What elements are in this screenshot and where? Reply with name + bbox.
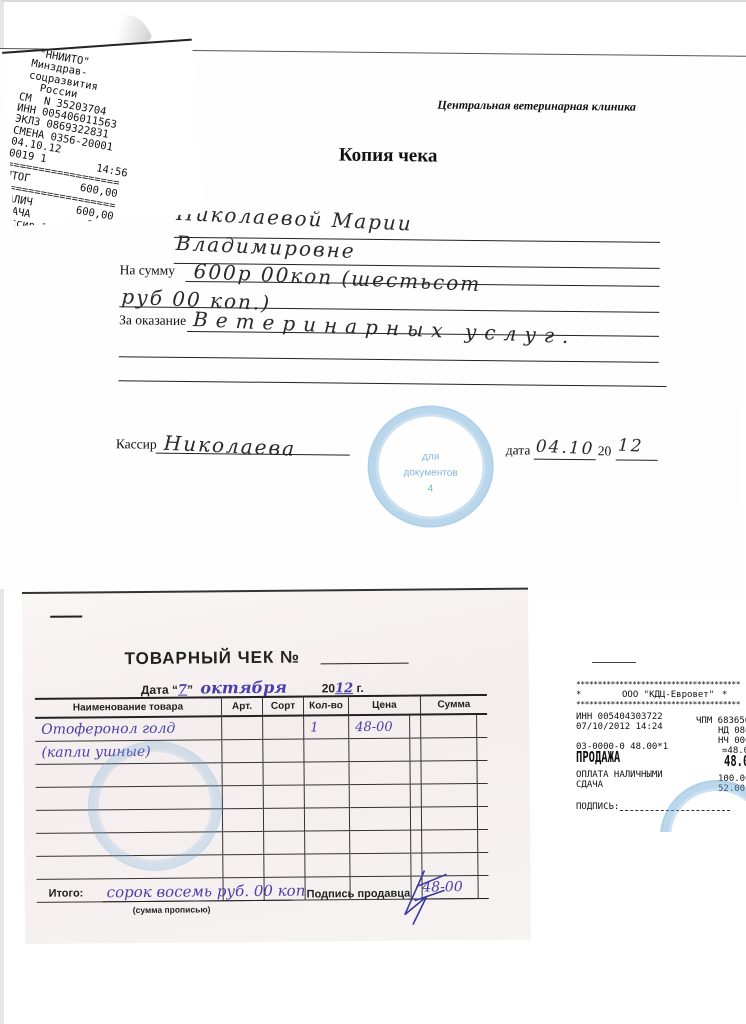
table-cell [223, 854, 264, 877]
table-cell [305, 831, 350, 854]
copy-check-title: Копия чека [339, 145, 438, 168]
goods-date-label: Дата [141, 683, 169, 697]
receipt-nch: НЧ 0002 [718, 736, 746, 747]
table-cell [222, 716, 263, 740]
quote-close: ” [187, 683, 193, 697]
table-cell: Отоферонол голд [35, 716, 222, 741]
thermal-receipt-nniito: "ННИИТО" Минздрав- соцразвития РоссииСМ … [2, 39, 204, 227]
table-cell [304, 762, 349, 785]
goods-check: ТОВАРНЫЙ ЧЕК № Дата “7” октября 2012 г. … [22, 588, 531, 944]
service-value: Ветеринарных услуг. [193, 307, 577, 348]
table-cell [409, 715, 420, 739]
table-cell [410, 738, 421, 761]
table-cell [410, 830, 421, 853]
table-cell [263, 739, 304, 762]
receipt-cpm: ЧПМ 683656 [696, 716, 746, 727]
table-cell [350, 830, 411, 854]
table-cell [263, 762, 304, 785]
year-line [616, 459, 658, 460]
table-cell [421, 784, 477, 807]
service-label: За оказание [119, 312, 186, 329]
amount-label: На сумму [120, 262, 176, 279]
table-cell [421, 761, 477, 784]
goods-year-suffix: 12 [335, 681, 353, 696]
payer-name-line1: Николаевой Марии [176, 201, 414, 236]
goods-year-prefix: 20 [322, 681, 335, 695]
faded-stamp [87, 740, 222, 871]
receipt-sale-total: 48.00 [724, 756, 746, 767]
table-cell [263, 808, 304, 831]
round-stamp-documents: для документов 4 [367, 405, 494, 528]
receipt-company: ООО "КДЦ-Евровет" [622, 690, 714, 701]
col-art: Арт. [221, 697, 262, 716]
receipt-dash [592, 662, 636, 663]
table-cell [222, 808, 263, 831]
cashier-name: Николаева [163, 431, 296, 461]
receipt-change-label: СДАЧА [576, 780, 603, 791]
service-line-3 [119, 380, 667, 387]
table-cell [263, 785, 304, 808]
goods-year-unit: г. [356, 681, 363, 695]
table-cell [222, 762, 263, 785]
table-cell [477, 783, 488, 806]
table-cell [477, 806, 488, 829]
table-cell [421, 738, 477, 761]
table-cell [304, 785, 349, 808]
table-cell [263, 716, 304, 740]
table-cell [420, 714, 476, 738]
table-cell [410, 784, 421, 807]
table-cell [478, 829, 489, 852]
cashier-label: Кассир [116, 436, 157, 452]
table-cell [477, 760, 488, 783]
table-cell [477, 714, 488, 738]
table-cell [222, 785, 263, 808]
total-words-note: (сумма прописью) [133, 904, 211, 915]
table-cell [477, 737, 488, 760]
col-sort: Сорт [262, 697, 303, 716]
receipt-cash-label: ОПЛАТА НАЛИЧНЫМИ [576, 770, 663, 781]
table-cell [421, 830, 477, 853]
table-cell [349, 761, 410, 785]
table-cell [223, 831, 264, 854]
col-name: Наименование товара [35, 697, 222, 718]
total-label: Итого: [49, 887, 84, 899]
receipt-stars-bottom: ************************************** [576, 700, 740, 711]
stamp-text-line2: документов [370, 467, 492, 479]
receipt-nd: НД 0868 [718, 726, 746, 737]
table-cell: 1 [304, 715, 349, 739]
table-cell [305, 854, 350, 877]
year-prefix: 20 [598, 443, 612, 459]
table-cell [478, 852, 489, 875]
seller-signature [396, 866, 457, 929]
table-cell [349, 738, 410, 762]
receipt-sale-label: ПРОДАЖА [576, 752, 620, 763]
table-cell [264, 854, 305, 877]
table-cell [421, 807, 477, 830]
receipt-sign-label: ПОДПИСЬ: [576, 802, 619, 813]
date-value: 04.10 [535, 437, 595, 460]
dash-mark [50, 615, 82, 617]
service-line-2 [119, 356, 659, 363]
table-cell [222, 739, 263, 762]
receipt-stars-top: ************************************** [576, 680, 740, 691]
receipt-datetime: 07/10/2012 14:24 [576, 722, 663, 733]
seller-sign-label: Подпись продавца [307, 888, 411, 901]
star-left: * [576, 690, 581, 701]
evrovet-stamp [660, 780, 746, 832]
receipt-inn: ИНН 005404303722 [576, 712, 663, 723]
table-cell [264, 831, 305, 854]
table-cell [410, 761, 421, 784]
table-cell: 48-00 [349, 715, 410, 739]
table-cell [410, 807, 421, 830]
table-cell [304, 808, 349, 831]
star-right: * [722, 690, 727, 701]
col-price: Цена [348, 696, 420, 716]
table-cell [349, 784, 410, 808]
goods-check-number-line [321, 663, 409, 665]
goods-check-title: ТОВАРНЫЙ ЧЕК № [125, 648, 301, 670]
payer-name-line2: Владимировне [175, 231, 356, 263]
col-sum: Сумма [420, 695, 487, 715]
table-cell [478, 875, 489, 898]
stamp-text-line3: 4 [369, 483, 491, 495]
goods-date-day: 7 [178, 683, 187, 698]
clinic-name: Центральная ветеринарная клиника [437, 98, 636, 115]
thermal-receipt-evrovet: ************************************** *… [562, 632, 746, 832]
col-qty: Кол-во [303, 696, 348, 715]
table-cell [349, 807, 410, 831]
stamp-text-line1: для [370, 451, 492, 463]
date-label: дата [506, 442, 531, 458]
year-suffix: 12 [617, 436, 644, 457]
total-words: сорок восемь руб. 00 коп [107, 882, 306, 902]
table-cell [304, 739, 349, 762]
date-line [534, 459, 596, 461]
